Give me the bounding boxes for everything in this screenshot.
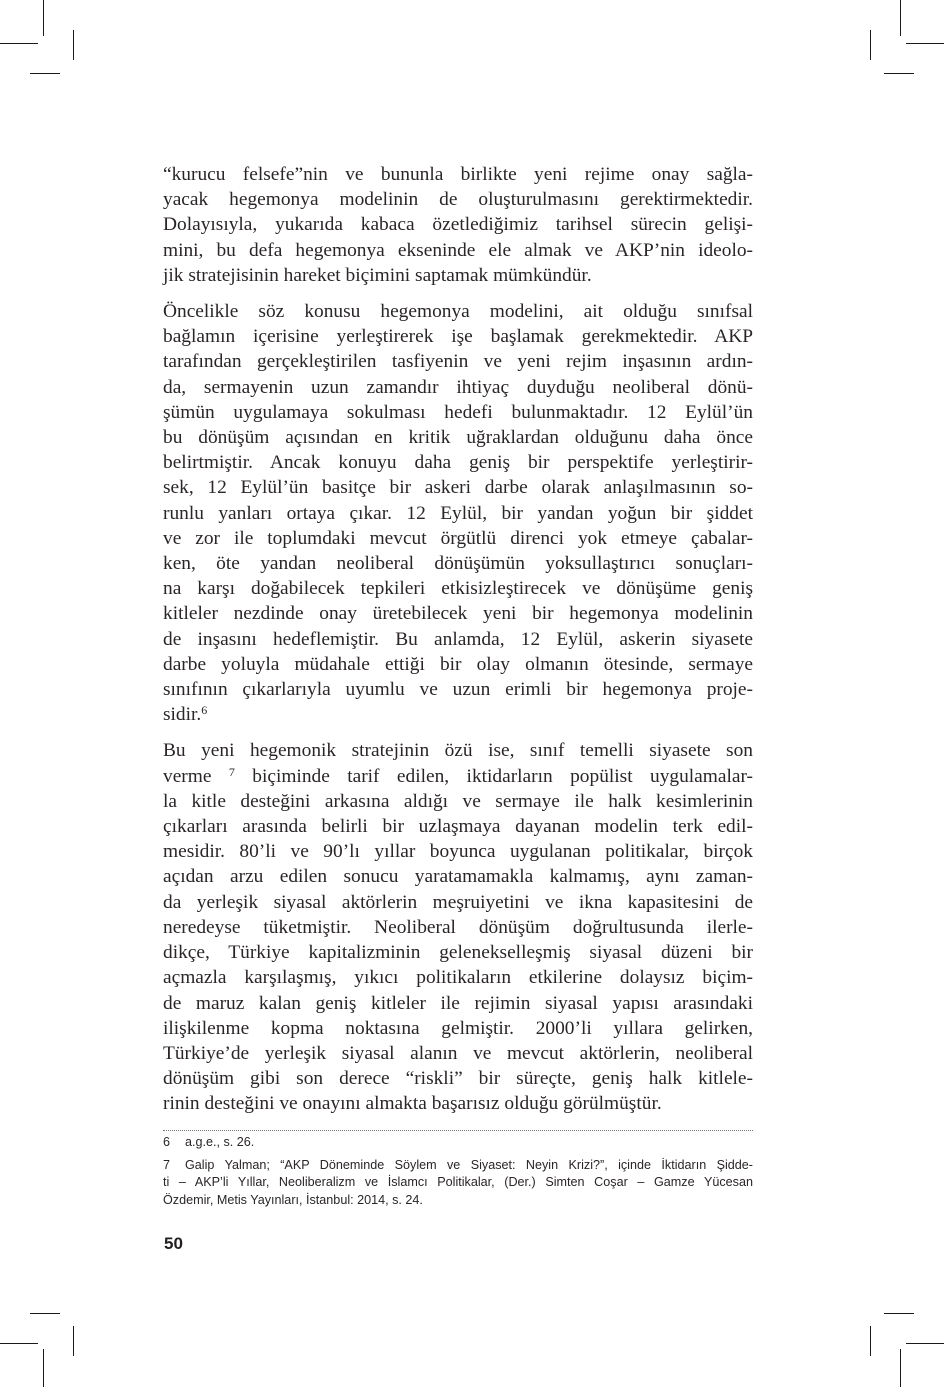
text-line: na karşı doğabilecek tepkileri etkisizle… — [163, 576, 753, 601]
footnotes: 6a.g.e., s. 26. 7Galip Yalman; “AKP Döne… — [163, 1134, 753, 1214]
crop-mark — [73, 30, 74, 60]
crop-mark — [884, 1313, 914, 1314]
text-line: çıkarları arasında belirli bir uzlaşmaya… — [163, 814, 753, 839]
crop-mark — [906, 1343, 944, 1344]
text-line: da, sermayenin uzun zamandır ihtiyaç duy… — [163, 375, 753, 400]
text-line: Dolayısıyla, yukarıda kabaca özetlediğim… — [163, 212, 753, 237]
text-line: Öncelikle söz konusu hegemonya modelini,… — [163, 299, 753, 324]
paragraph-1: “kurucu felsefe”nin ve bununla birlikte … — [163, 162, 753, 288]
footnote-number: 6 — [163, 1134, 185, 1152]
page-number: 50 — [164, 1234, 183, 1254]
footnote-line: ti – AKP’li Yıllar, Neoliberalizm ve İsl… — [163, 1174, 753, 1192]
footnote-7: 7Galip Yalman; “AKP Döneminde Söylem ve … — [163, 1157, 753, 1210]
footnote-line: Özdemir, Metis Yayınları, İstanbul: 2014… — [163, 1192, 753, 1210]
text-fragment: sidir. — [163, 704, 201, 725]
text-line: sınıfının çıkarlarıyla uyumlu ve uzun er… — [163, 677, 753, 702]
text-line: açıdan arzu edilen sonucu yaratamamakla … — [163, 864, 753, 889]
footnote-text: Galip Yalman; “AKP Döneminde Söylem ve S… — [185, 1158, 753, 1172]
footnote-line: 6a.g.e., s. 26. — [163, 1134, 753, 1152]
text-line: runlu yanları ortaya çıkar. 12 Eylül, bi… — [163, 501, 753, 526]
footnote-text: a.g.e., s. 26. — [185, 1135, 254, 1149]
crop-mark — [0, 43, 38, 44]
text-line: kitleler nezdinde onay üretebilecek yeni… — [163, 601, 753, 626]
crop-mark — [900, 0, 901, 36]
crop-mark — [43, 1349, 44, 1387]
crop-mark — [43, 0, 44, 36]
text-line: şümün uygulamaya sokulması hedefi bulunm… — [163, 400, 753, 425]
text-line: sek, 12 Eylül’ün basitçe bir askeri darb… — [163, 475, 753, 500]
text-line: verme 7 biçiminde tarif edilen, iktidarl… — [163, 764, 753, 789]
footnote-separator — [163, 1130, 753, 1131]
text-line: tarafından gerçekleştirilen tasfiyenin v… — [163, 349, 753, 374]
body-text: “kurucu felsefe”nin ve bununla birlikte … — [163, 162, 753, 1128]
text-line: sidir.6 — [163, 702, 753, 727]
text-line: bağlamın içerisine yerleştirerek işe baş… — [163, 324, 753, 349]
crop-mark — [906, 43, 944, 44]
text-line: la kitle desteğini arkasına aldığı ve se… — [163, 789, 753, 814]
text-line: ve zor ile toplumdaki mevcut örgütlü dir… — [163, 526, 753, 551]
crop-mark — [900, 1349, 901, 1387]
text-line: de inşasını hedeflemiştir. Bu anlamda, 1… — [163, 627, 753, 652]
text-line: ken, öte yandan neoliberal dönüşümün yok… — [163, 551, 753, 576]
paragraph-3: Bu yeni hegemonik stratejinin özü ise, s… — [163, 738, 753, 1116]
crop-mark — [884, 73, 914, 74]
footnote-ref-6[interactable]: 6 — [201, 703, 207, 717]
text-line: açmazla karşılaşmış, yıkıcı politikaları… — [163, 965, 753, 990]
text-line: de maruz kalan geniş kitleler ile rejimi… — [163, 991, 753, 1016]
text-line: bu dönüşüm açısından en kritik uğraklard… — [163, 425, 753, 450]
crop-mark — [870, 30, 871, 60]
crop-mark — [870, 1326, 871, 1356]
text-line: “kurucu felsefe”nin ve bununla birlikte … — [163, 162, 753, 187]
text-fragment: biçiminde tarif edilen, iktidarların pop… — [235, 766, 753, 787]
footnote-6: 6a.g.e., s. 26. — [163, 1134, 753, 1152]
text-line: da yerleşik siyasal aktörlerin meşruiyet… — [163, 890, 753, 915]
crop-mark — [30, 73, 60, 74]
text-line: neredeyse tüketmiştir. Neoliberal dönüşü… — [163, 915, 753, 940]
text-line: dönüşüm gibi son derece “riskli” bir sür… — [163, 1066, 753, 1091]
text-line: mini, bu defa hegemonya ekseninde ele al… — [163, 238, 753, 263]
crop-mark — [0, 1343, 38, 1344]
text-line: mesidir. 80’li ve 90’lı yıllar boyunca u… — [163, 839, 753, 864]
paragraph-2: Öncelikle söz konusu hegemonya modelini,… — [163, 299, 753, 727]
text-line: Bu yeni hegemonik stratejinin özü ise, s… — [163, 738, 753, 763]
text-line: Türkiye’de yerleşik siyasal alanın ve me… — [163, 1041, 753, 1066]
text-line: belirtmiştir. Ancak konuyu daha geniş bi… — [163, 450, 753, 475]
footnote-number: 7 — [163, 1157, 185, 1175]
text-line: ilişkilenme kopma noktasına gelmiştir. 2… — [163, 1016, 753, 1041]
crop-mark — [73, 1326, 74, 1356]
text-fragment: verme — [163, 766, 229, 787]
footnote-line: 7Galip Yalman; “AKP Döneminde Söylem ve … — [163, 1157, 753, 1175]
text-line: dikçe, Türkiye kapitalizminin geleneksel… — [163, 940, 753, 965]
text-line: darbe yoluyla müdahale ettiği bir olay o… — [163, 652, 753, 677]
text-line: yacak hegemonya modelinin de oluşturulma… — [163, 187, 753, 212]
text-line: jik stratejisinin hareket biçimini sapta… — [163, 263, 753, 288]
text-line: rinin desteğini ve onayını almakta başar… — [163, 1091, 753, 1116]
crop-mark — [30, 1313, 60, 1314]
